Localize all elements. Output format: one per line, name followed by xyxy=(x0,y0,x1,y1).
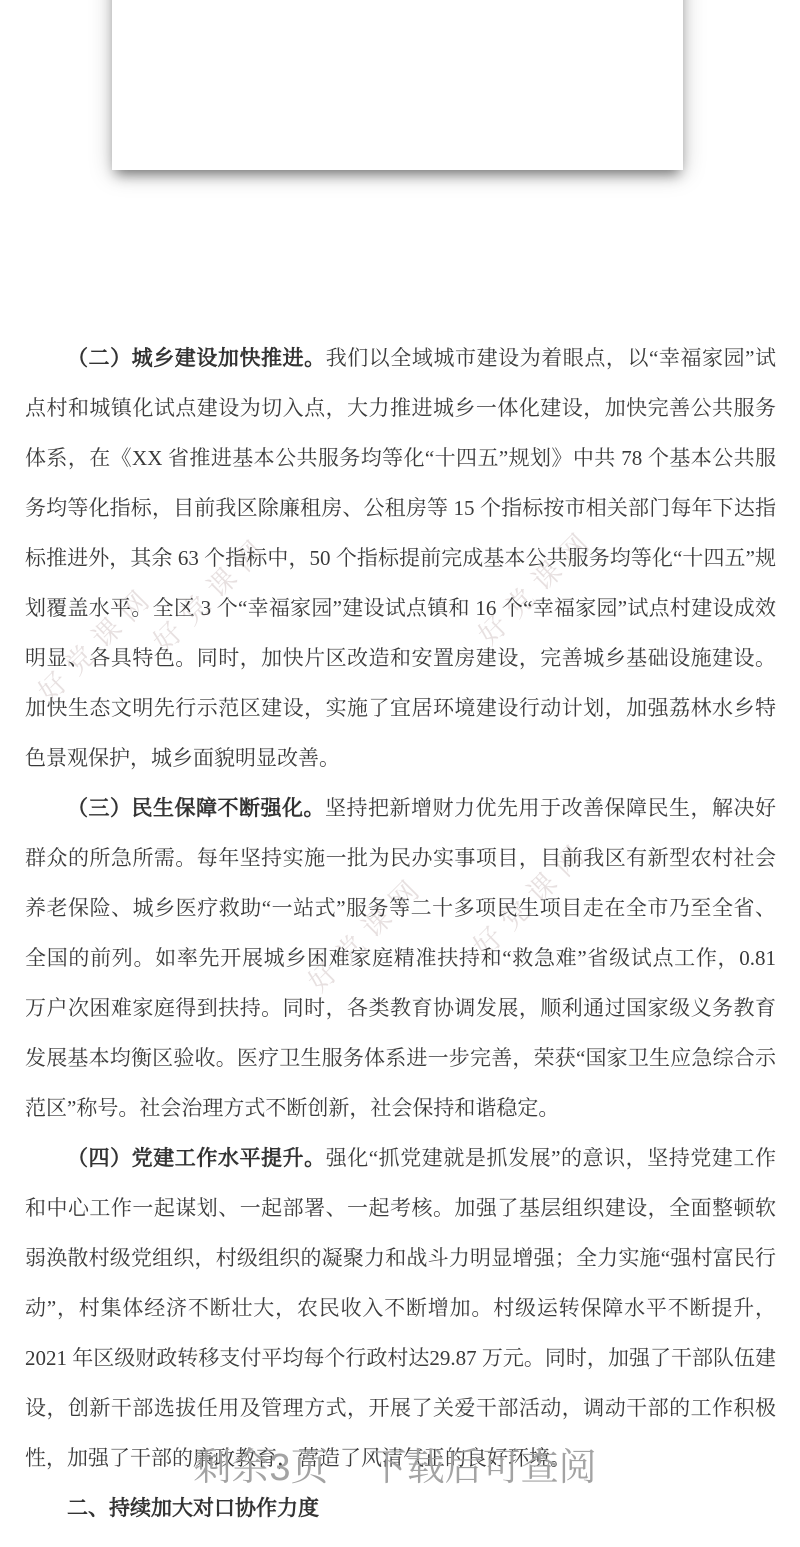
paragraph-text: 坚持把新增财力优先用于改善保障民生，解决好群众的所急所需。每年坚持实施一批为民办… xyxy=(25,796,776,1120)
document-body: （二）城乡建设加快推进。我们以全域城市建设为着眼点，以“幸福家园”试点村和城镇化… xyxy=(25,333,776,1533)
paragraph-party-building: （四）党建工作水平提升。强化“抓党建就是抓发展”的意识，坚持党建工作和中心工作一… xyxy=(25,1133,776,1483)
paragraph-text: 强化“抓党建就是抓发展”的意识，坚持党建工作和中心工作一起谋划、一起部署、一起考… xyxy=(25,1146,776,1470)
remaining-pages-text: 剩余3页 xyxy=(193,1447,328,1489)
paragraph-lead: （三）民生保障不断强化。 xyxy=(67,796,325,820)
section-heading: 二、持续加大对口协作力度 xyxy=(25,1483,776,1533)
paragraph-livelihood: （三）民生保障不断强化。坚持把新增财力优先用于改善保障民生，解决好群众的所急所需… xyxy=(25,783,776,1133)
paragraph-lead: （四）党建工作水平提升。 xyxy=(67,1146,326,1170)
paragraph-text: 我们以全域城市建设为着眼点，以“幸福家园”试点村和城镇化试点建设为切入点，大力推… xyxy=(25,346,776,770)
paragraph-lead: （二）城乡建设加快推进。 xyxy=(67,346,326,370)
download-hint-text: 下载后可查阅 xyxy=(369,1447,597,1489)
document-preview-page: { "watermark": { "text": "好党课网" }, "docu… xyxy=(0,0,800,1547)
paragraph-urban-rural: （二）城乡建设加快推进。我们以全域城市建设为着眼点，以“幸福家园”试点村和城镇化… xyxy=(25,333,776,783)
pages-remaining-banner: 剩余3页 下载后可查阅 xyxy=(0,1447,790,1489)
previous-page-bottom xyxy=(112,0,683,170)
